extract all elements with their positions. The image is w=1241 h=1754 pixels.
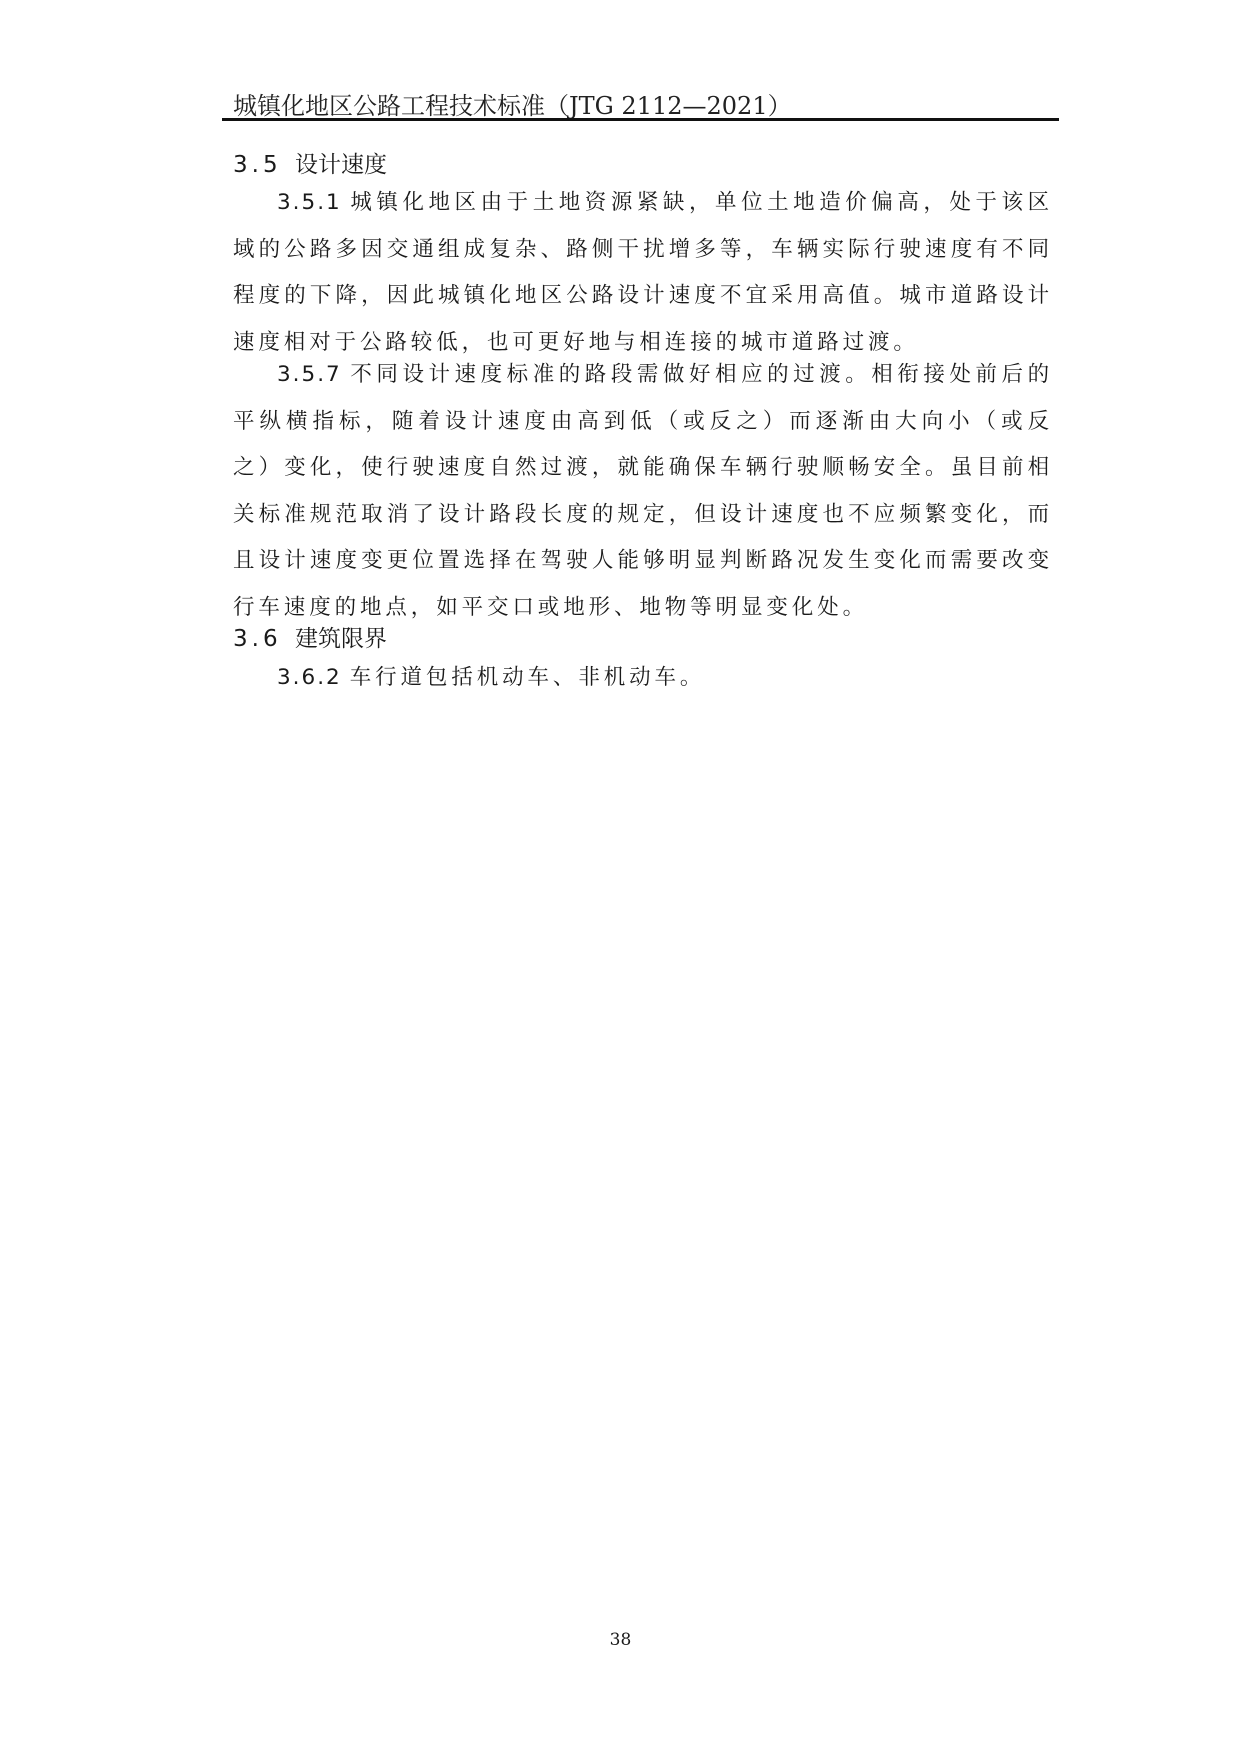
clause-text: 不同设计速度标准的路段需做好相应的过渡。相衔接处前后的平纵横指标，随着设计速度由… — [233, 362, 1053, 620]
clause-3-6-2: 3.6.2车行道包括机动车、非机动车。 — [233, 655, 1053, 702]
clause-3-5-1: 3.5.1城镇化地区由于土地资源紧缺，单位土地造价偏高，处于该区域的公路多因交通… — [233, 180, 1053, 366]
clause-number: 3.6.2 — [277, 665, 342, 690]
section-number: 3.6 — [233, 626, 295, 652]
section-title: 设计速度 — [295, 152, 387, 178]
header-divider — [222, 118, 1059, 121]
clause-number: 3.5.7 — [277, 362, 342, 387]
clause-text: 城镇化地区由于土地资源紧缺，单位土地造价偏高，处于该区域的公路多因交通组成复杂、… — [233, 190, 1053, 355]
clause-text: 车行道包括机动车、非机动车。 — [350, 665, 706, 690]
section-number: 3.5 — [233, 152, 295, 178]
section-title: 建筑限界 — [295, 626, 387, 652]
page-number: 38 — [0, 1630, 1241, 1650]
running-header-title: 城镇化地区公路工程技术标准（JTG 2112—2021） — [233, 86, 792, 121]
section-heading-3-5: 3.5设计速度 — [233, 146, 387, 179]
clause-3-5-7: 3.5.7不同设计速度标准的路段需做好相应的过渡。相衔接处前后的平纵横指标，随着… — [233, 352, 1053, 631]
clause-number: 3.5.1 — [277, 190, 342, 215]
section-heading-3-6: 3.6建筑限界 — [233, 620, 387, 653]
